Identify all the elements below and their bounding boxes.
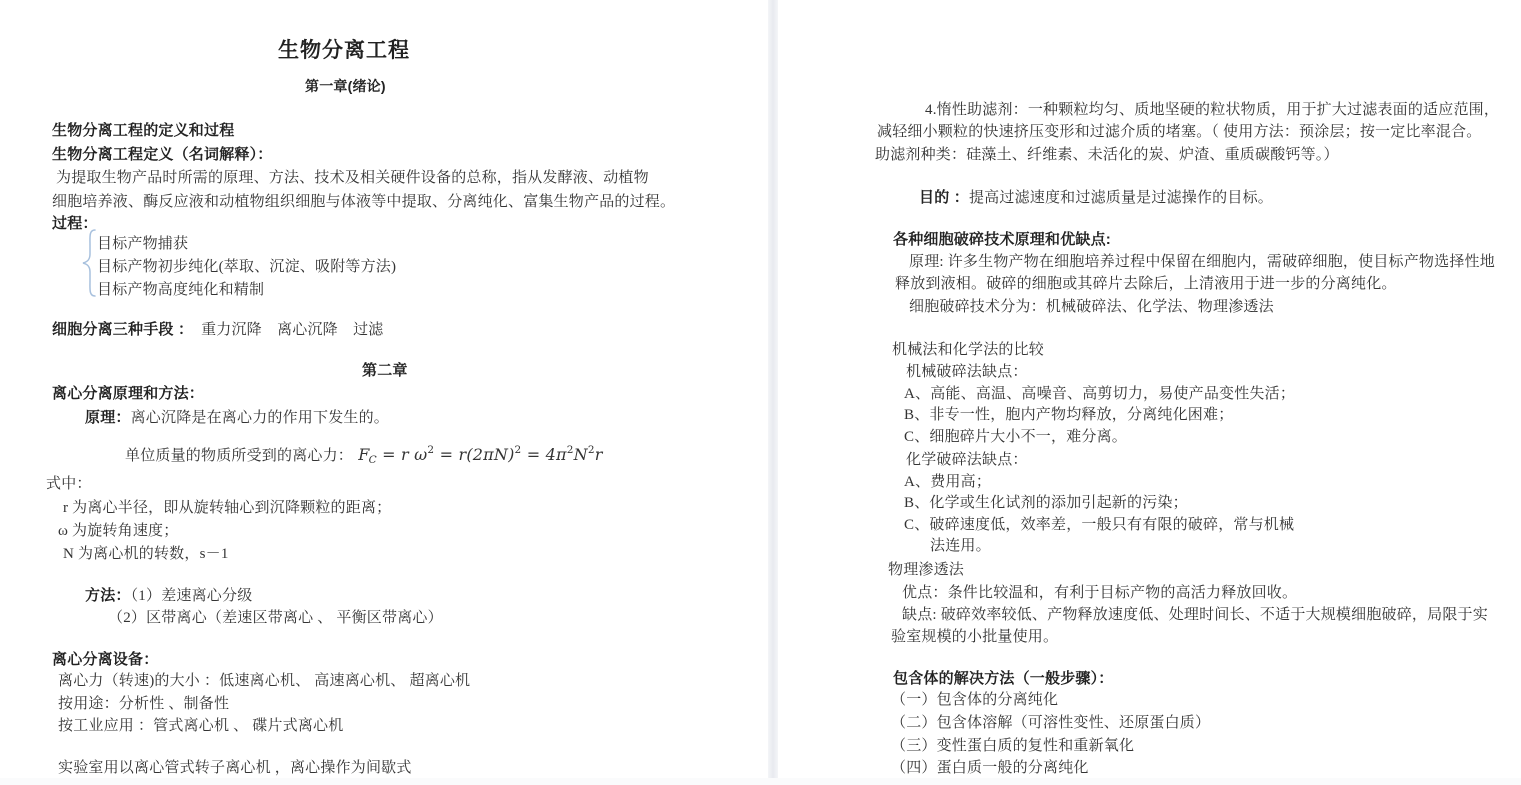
text-line: （四）蛋白质一般的分离纯化 xyxy=(891,758,1089,778)
text-line: 目标产物捕获 xyxy=(97,234,188,254)
document-title: 生物分离工程 xyxy=(278,40,410,61)
text-line: B、化学或生化试剂的添加引起新的污染； xyxy=(904,493,1188,513)
text-line: （2）区带离心（差速区带离心 、 平衡区带离心） xyxy=(108,608,443,628)
text-line: A、高能、高温、高噪音、高剪切力，易使产品变性失活； xyxy=(904,384,1295,404)
text-line: A、费用高； xyxy=(904,472,991,492)
text-line: （一）包含体的分离纯化 xyxy=(891,690,1058,710)
text-line: 目的 ：提高过滤速度和过滤质量是过滤操作的目标。 xyxy=(919,188,1273,208)
text-line: 法连用。 xyxy=(930,536,991,556)
text-line: 优点：条件比较温和，有利于目标产物的高活力释放回收。 xyxy=(902,583,1297,603)
text-line: 机械法和化学法的比较 xyxy=(892,340,1044,360)
text-line: r 为离心半径，即从旋转轴心到沉降颗粒的距离； xyxy=(63,498,391,518)
text-line: B、非专一性，胞内产物均释放，分离纯化困难； xyxy=(904,405,1233,425)
chapter-heading: 第一章(绪论) xyxy=(305,76,386,98)
text-line: 实验室用以离心管式转子离心机 ，离心操作为间歇式 xyxy=(58,758,412,778)
text-line: 减轻细小颗粒的快速挤压变形和过滤介质的堵塞。（ 使用方法：预涂层；按一定比率混合… xyxy=(877,122,1481,142)
text-line: 物理渗透法 xyxy=(888,560,964,580)
section-heading: 各种细胞破碎技术原理和优缺点: xyxy=(893,230,1111,250)
section-heading: 离心分离原理和方法： xyxy=(52,384,204,404)
page-gap xyxy=(768,0,778,778)
text-line: 式中： xyxy=(46,474,92,494)
text-line: （二）包含体溶解（可溶性变性、还原蛋白质） xyxy=(891,713,1210,733)
text-line: 4.惰性助滤剂：一种颗粒均匀、质地坚硬的粒状物质，用于扩大过滤表面的适应范围， xyxy=(925,100,1499,120)
text-line: 化学破碎法缺点： xyxy=(906,450,1028,470)
text-line: N 为离心机的转数，s－1 xyxy=(63,544,229,564)
page-right: 4.惰性助滤剂：一种颗粒均匀、质地坚硬的粒状物质，用于扩大过滤表面的适应范围，减… xyxy=(778,0,1521,778)
text-line: （三）变性蛋白质的复性和重新氧化 xyxy=(891,736,1134,756)
text-line: C、破碎速度低，效率差，一般只有有限的破碎，常与机械 xyxy=(904,515,1294,535)
section-heading: 过程： xyxy=(52,214,98,234)
chapter-heading: 第二章 xyxy=(362,361,408,381)
text-line: 离心力（转速)的大小 ：低速离心机、 高速离心机、 超离心机 xyxy=(58,671,470,691)
text-line: 助滤剂种类：硅藻土、纤维素、未活化的炭、炉渣、重质碳酸钙等。） xyxy=(875,145,1339,165)
text-line: 细胞培养液、酶反应液和动植物组织细胞与体液等中提取、分离纯化、富集生物产品的过程… xyxy=(52,192,675,212)
text-line: 按用途：分析性 、制备性 xyxy=(58,694,229,714)
document-viewer[interactable]: 生物分离工程第一章(绪论)生物分离工程的定义和过程生物分离工程定义（名词解释）：… xyxy=(0,0,1521,785)
section-heading: 离心分离设备： xyxy=(52,650,158,670)
text-line: 为提取生物产品时所需的原理、方法、技术及相关硬件设备的总称，指从发酵液、动植物 xyxy=(56,168,649,188)
section-heading: 包含体的解决方法（一般步骤）： xyxy=(893,669,1114,689)
text-line: 释放到液相。破碎的细胞或其碎片去除后，上清液用于进一步的分离纯化。 xyxy=(895,274,1397,294)
text-line: 原理: 许多生物产物在细胞培养过程中保留在细胞内，需破碎细胞，使目标产物选择性地 xyxy=(909,252,1495,272)
page-left: 生物分离工程第一章(绪论)生物分离工程的定义和过程生物分离工程定义（名词解释）：… xyxy=(0,0,768,778)
text-line: 细胞分离三种手段 ： 重力沉降 离心沉降 过滤 xyxy=(52,320,383,340)
text-line: 细胞破碎技术分为：机械破碎法、化学法、物理渗透法 xyxy=(909,297,1274,317)
text-line: 方法：（1）差速离心分级 xyxy=(85,586,252,606)
text-line: 验室规模的小批量使用。 xyxy=(891,627,1058,647)
text-line: 原理：离心沉降是在离心力的作用下发生的。 xyxy=(85,408,389,428)
text-line: 目标产物高度纯化和精制 xyxy=(97,280,264,300)
curly-brace-icon xyxy=(80,228,98,298)
formula-line: 单位质量的物质所受到的离心力： FC = r ω2 = r(2πN)2 = 4π… xyxy=(125,440,603,470)
text-line: 机械破碎法缺点： xyxy=(906,362,1028,382)
text-line: 目标产物初步纯化(萃取、沉淀、吸附等方法) xyxy=(97,257,396,277)
section-heading: 生物分离工程定义（名词解释）： xyxy=(52,145,273,165)
text-line: 缺点: 破碎效率较低、产物释放速度低、处理时间长、不适于大规模细胞破碎，局限于实 xyxy=(902,605,1488,625)
section-heading: 生物分离工程的定义和过程 xyxy=(52,121,234,141)
text-line: ω 为旋转角速度； xyxy=(58,521,178,541)
text-line: 按工业应用 ：管式离心机 、 碟片式离心机 xyxy=(58,716,343,736)
text-line: C、细胞碎片大小不一，难分离。 xyxy=(904,427,1127,447)
